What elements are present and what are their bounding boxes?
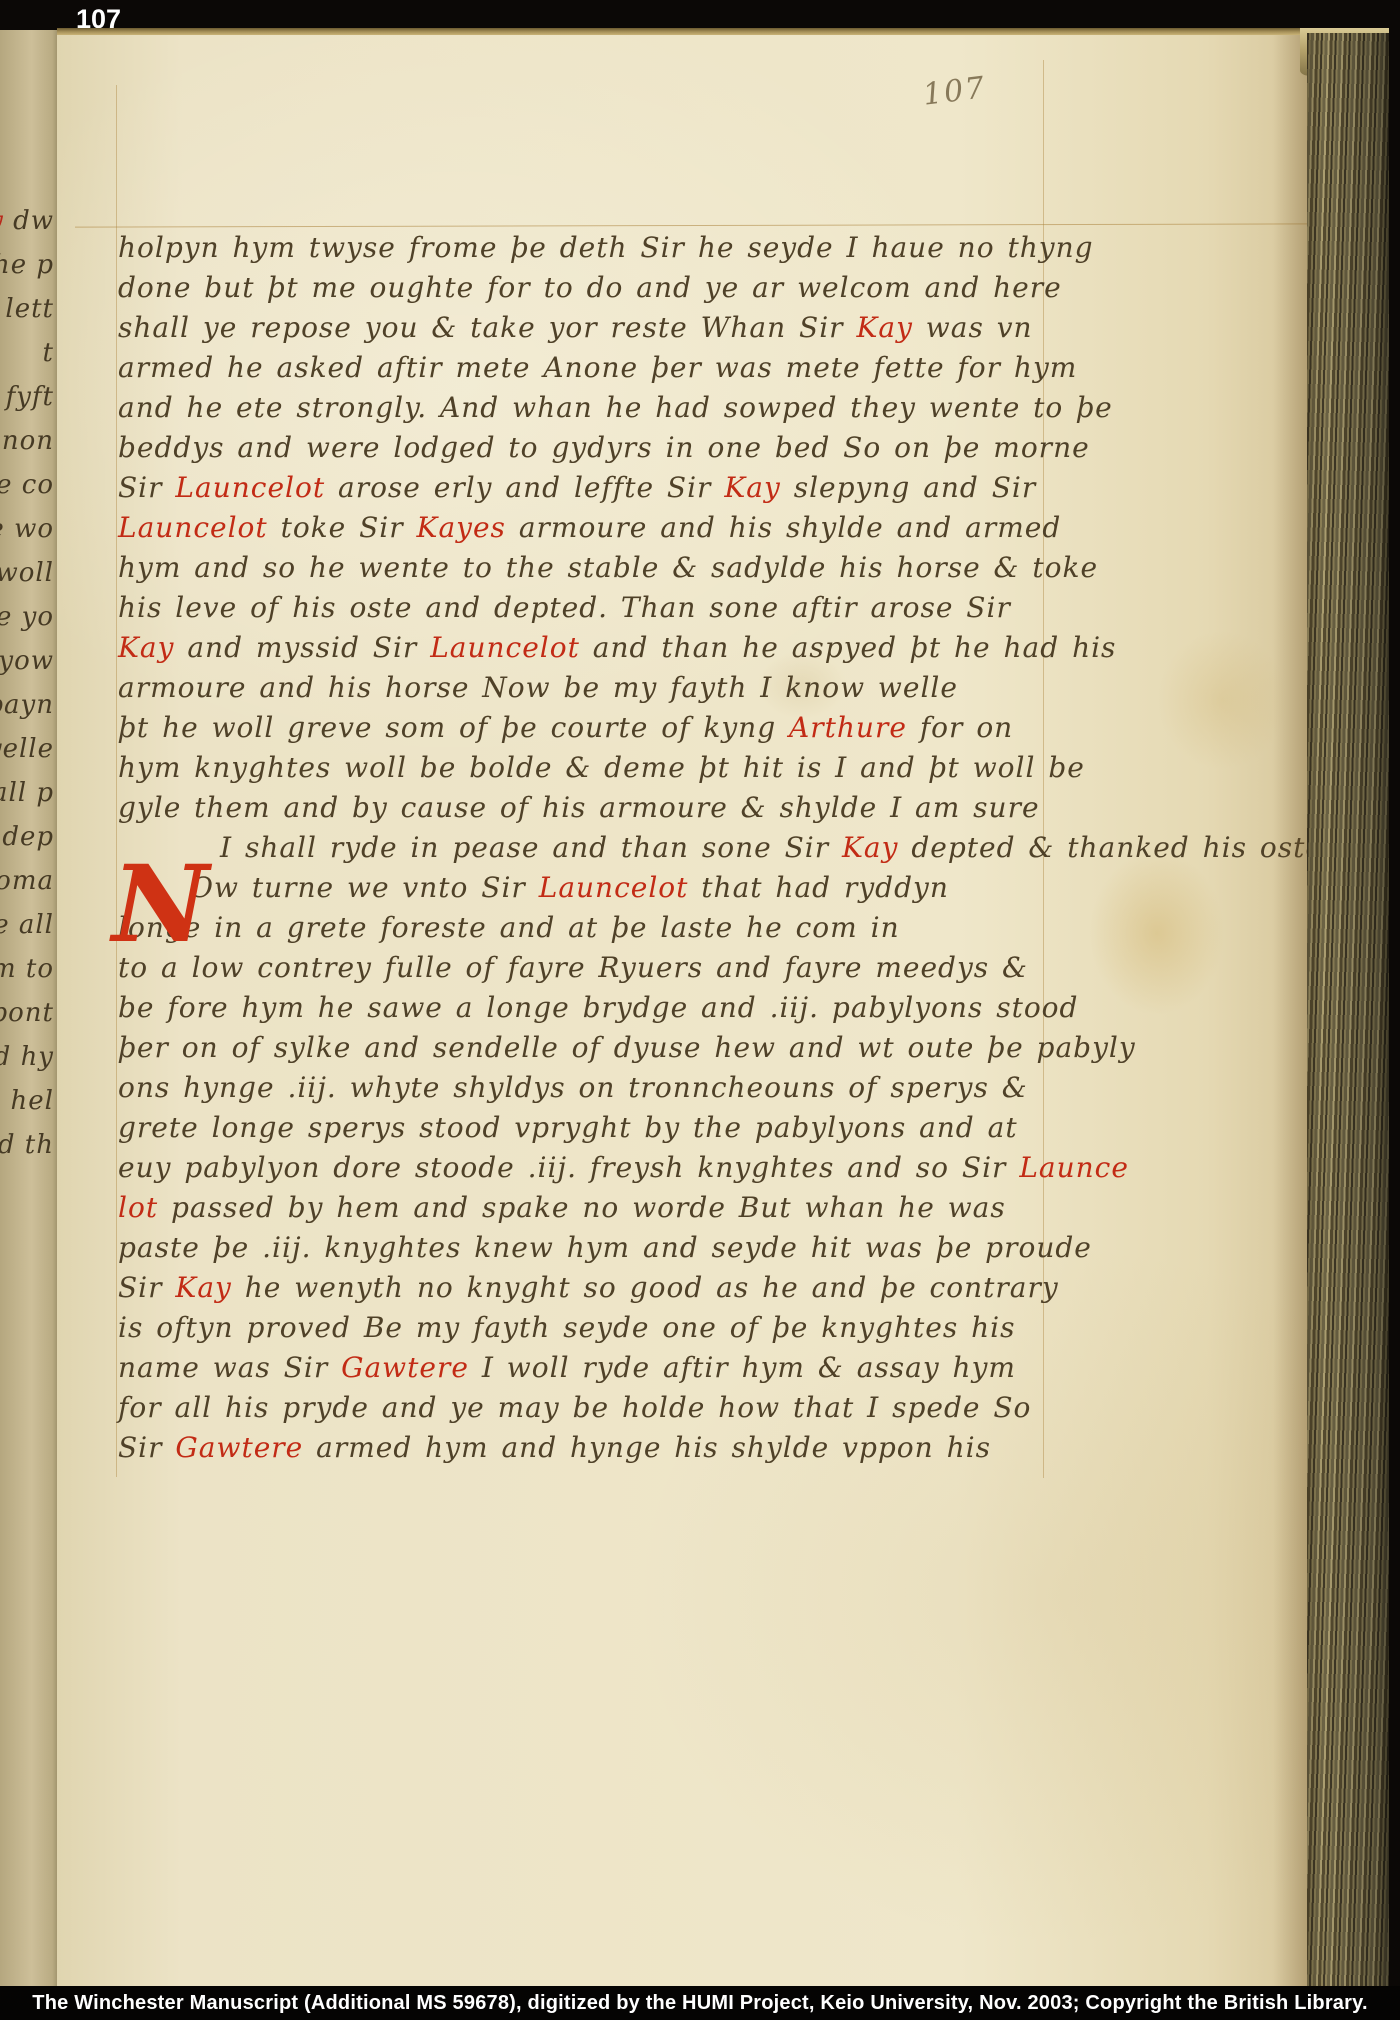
body-text: for all his pryde and ye may be holde ho… <box>118 1391 1031 1424</box>
body-text: arose erly and leffte Sir <box>325 471 724 504</box>
fragment-line: þ knyght fyft <box>0 382 54 412</box>
manuscript-line: Sir Kay he wenyth no knyght so good as h… <box>118 1268 1082 1308</box>
manuscript-line: grete longe sperys stood vpryght by the … <box>118 1108 1082 1148</box>
fragment-line: ey relysed hy <box>0 1042 54 1072</box>
body-text: to a low contrey fulle of fayre Ryuers a… <box>118 951 1028 984</box>
manuscript-line: I shall ryde in pease and than sone Sir … <box>118 828 1082 868</box>
body-text: his leve of his oste and depted. Than so… <box>118 591 1011 624</box>
body-text: armoure and his horse Now be my fayth I … <box>118 671 958 704</box>
manuscript-page: 107 N holpyn hym twyse frome þe deth Sir… <box>57 30 1307 1986</box>
fragment-line: celot and th <box>0 1130 54 1160</box>
ruling-line-left <box>116 85 117 1477</box>
body-text: and myssid Sir <box>174 631 430 664</box>
manuscript-line: armoure and his horse Now be my fayth I … <box>118 668 1082 708</box>
body-text: he wenyth no knyght so good as he and þe… <box>232 1271 1059 1304</box>
rubric-text: Gawtere <box>175 1431 303 1464</box>
fragment-line: e fayth of oma <box>0 866 54 896</box>
manuscript-line: Ow turne we vnto Sir Launcelot that had … <box>118 868 1082 908</box>
body-text: was vn <box>913 311 1033 344</box>
body-text: I shall ryde in pease and than sone Sir <box>220 831 842 864</box>
body-text: slepyng and Sir <box>781 471 1036 504</box>
manuscript-line: Sir Gawtere armed hym and hynge his shyl… <box>118 1428 1082 1468</box>
page-edge-wear <box>1273 30 1307 1986</box>
body-text: that I woll <box>0 558 54 588</box>
manuscript-line: longe in a grete foreste and at þe laste… <box>118 908 1082 948</box>
body-text: is oftyn proved Be my fayth seyde one of… <box>118 1311 1015 1344</box>
body-text: that had ryddyn <box>688 871 948 904</box>
body-text: t <box>43 338 54 368</box>
body-text: and than he aspyed þt he had his <box>580 631 1117 664</box>
folio-number: 107 <box>921 70 988 112</box>
fragment-line: dore for to hel <box>0 1086 54 1116</box>
manuscript-line: his leve of his oste and depted. Than so… <box>118 588 1082 628</box>
body-text: holpyn hym twyse frome þe deth Sir he se… <box>118 231 1094 264</box>
fragment-line: hem to the co <box>0 470 54 500</box>
facing-page-strip: en Sir Kay dwhe seyde he pe my helpe let… <box>0 30 57 1986</box>
manuscript-line: beddys and were lodged to gydyrs in one … <box>118 428 1082 468</box>
body-text: at me I shall p <box>0 778 54 808</box>
fragment-line: t <box>43 338 54 368</box>
body-text: depted & thanked his oste <box>898 831 1322 864</box>
body-text: hem to the co <box>0 470 54 500</box>
body-text: euy pabylyon dore stoode .iij. freysh kn… <box>118 1151 1019 1184</box>
body-text: wolt yelde yo <box>0 602 54 632</box>
caption-text: The Winchester Manuscript (Additional MS… <box>32 1992 1367 2015</box>
body-text: grete longe sperys stood vpryght by the … <box>118 1111 1018 1144</box>
body-text: gyle them and by cause of his armoure & … <box>118 791 1040 824</box>
body-text: name was Sir <box>118 1351 341 1384</box>
fragment-line: ey swore all <box>0 910 54 940</box>
fragment-line: e my helpe lett <box>0 294 54 324</box>
manuscript-line: Sir Launcelot arose erly and leffte Sir … <box>118 468 1082 508</box>
body-text: toke Sir <box>268 511 417 544</box>
body-text: longe in a grete foreste and at þe laste… <box>118 911 900 944</box>
body-text: Sir <box>118 1431 175 1464</box>
rubric-text: Launcelot <box>118 511 268 544</box>
fragment-line: Than anon <box>0 426 54 456</box>
fragment-line: I shall se yelle <box>0 734 54 764</box>
body-text: for on <box>907 711 1013 744</box>
rubric-text: Kay <box>842 831 898 864</box>
manuscript-line: and he ete strongly. And whan he had sow… <box>118 388 1082 428</box>
page-top-edge <box>57 28 1389 35</box>
manuscript-line: to a low contrey fulle of fayre Ryuers a… <box>118 948 1082 988</box>
fragment-line: woll saue yow <box>0 646 54 676</box>
body-text: e yelde wo <box>0 514 54 544</box>
manuscript-line: lot passed by hem and spake no worde But… <box>118 1188 1082 1228</box>
body-text: hym and so he wente to the stable & sady… <box>118 551 1098 584</box>
manuscript-line: for all his pryde and ye may be holde ho… <box>118 1388 1082 1428</box>
body-text: ons hynge .iij. whyte shyldys on tronnch… <box>118 1071 1028 1104</box>
rubric-text: Launcelot <box>430 631 580 664</box>
body-text: ey swore all <box>0 910 54 940</box>
body-text: þt he woll greve som of þe courte of kyn… <box>118 711 789 744</box>
manuscript-line: paste þe .iij. knyghtes knew hym and sey… <box>118 1228 1082 1268</box>
manuscript-line: euy pabylyon dore stoode .iij. freysh kn… <box>118 1148 1082 1188</box>
fragment-line: e yelde wo <box>0 514 54 544</box>
body-text: beddys and were lodged to gydyrs in one … <box>118 431 1090 464</box>
body-text: þer on of sylke and sendelle of dyuse he… <box>118 1031 1136 1064</box>
manuscript-line: be fore hym he sawe a longe brydge and .… <box>118 988 1082 1028</box>
manuscript-line: gyle them and by cause of his armoure & … <box>118 788 1082 828</box>
body-text: e had compayn <box>0 690 54 720</box>
stain <box>1087 848 1227 1018</box>
rubric-text: Launcelot <box>175 471 325 504</box>
drop-cap-initial: N <box>112 856 209 952</box>
body-text: hym knyghtes woll be bolde & deme þt hit… <box>118 751 1085 784</box>
rubric-text: Arthure <box>789 711 907 744</box>
rubric-text: Kay <box>856 311 912 344</box>
fragment-line: he seyde he p <box>0 250 54 280</box>
body-text: I sped hem to <box>0 954 54 984</box>
body-text: e fayth of oma <box>0 866 54 896</box>
fragment-line: I sped hem to <box>0 954 54 984</box>
fragment-line: en Sir Kay dw <box>0 206 54 236</box>
text-block: N holpyn hym twyse frome þe deth Sir he … <box>118 228 1082 1468</box>
fragment-line: at me I shall p <box>0 778 54 808</box>
body-text: dore for to hel <box>0 1086 54 1116</box>
fragment-line: that I woll <box>0 558 54 588</box>
body-text: done but þt me oughte for to do and ye a… <box>118 271 1062 304</box>
body-text: dw <box>4 206 54 236</box>
body-text: passed by hem and spake no worde But wha… <box>158 1191 1006 1224</box>
manuscript-line: holpyn hym twyse frome þe deth Sir he se… <box>118 228 1082 268</box>
manuscript-line: þt he woll greve som of þe courte of kyn… <box>118 708 1082 748</box>
body-text: armed he asked aftir mete Anone þer was … <box>118 351 1077 384</box>
rubric-text: Kay <box>724 471 780 504</box>
manuscript-line: þer on of sylke and sendelle of dyuse he… <box>118 1028 1082 1068</box>
body-text: he seyde he p <box>0 250 54 280</box>
body-text: gate & þe pont <box>0 998 54 1028</box>
rubric-text: Kay <box>175 1271 231 1304</box>
stain <box>1157 630 1287 770</box>
body-text: e my helpe lett <box>0 294 54 324</box>
body-text: Than anon <box>0 426 54 456</box>
fragment-line: wolt yelde yo <box>0 602 54 632</box>
manuscript-line: is oftyn proved Be my fayth seyde one of… <box>118 1308 1082 1348</box>
manuscript-line: Launcelot toke Sir Kayes armoure and his… <box>118 508 1082 548</box>
body-text: Sir <box>118 1271 175 1304</box>
body-text: ey relysed hy <box>0 1042 54 1072</box>
rubric-text: Kayes <box>417 511 506 544</box>
fragment-line: hedis to the dep <box>0 822 54 852</box>
body-text: armoure and his shylde and armed <box>506 511 1061 544</box>
manuscript-line: shall ye repose you & take yor reste Wha… <box>118 308 1082 348</box>
rubric-text: Launcelot <box>539 871 689 904</box>
manuscript-line: ons hynge .iij. whyte shyldys on tronnch… <box>118 1068 1082 1108</box>
body-text: woll saue yow <box>0 646 54 676</box>
ruling-line-top <box>75 223 1313 227</box>
body-text: paste þe .iij. knyghtes knew hym and sey… <box>118 1231 1092 1264</box>
manuscript-line: hym knyghtes woll be bolde & deme þt hit… <box>118 748 1082 788</box>
body-text: shall ye repose you & take yor reste Wha… <box>118 311 856 344</box>
rubric-text: Launce <box>1019 1151 1129 1184</box>
rubric-text: lot <box>118 1191 158 1224</box>
body-text: be fore hym he sawe a longe brydge and .… <box>118 991 1078 1024</box>
body-text: I shall se yelle <box>0 734 54 764</box>
body-text: I woll ryde aftir hym & assay hym <box>469 1351 1016 1384</box>
manuscript-line: hym and so he wente to the stable & sady… <box>118 548 1082 588</box>
body-text: armed hym and hynge his shylde vppon his <box>303 1431 991 1464</box>
rubric-text: Kay <box>118 631 174 664</box>
body-text: þ knyght fyft <box>0 382 54 412</box>
body-text: and he ete strongly. And whan he had sow… <box>118 391 1113 424</box>
viewer-frame: 107 en Sir Kay dwhe seyde he pe my helpe… <box>0 0 1400 2020</box>
fragment-line: e had compayn <box>0 690 54 720</box>
rubric-text: Gawtere <box>341 1351 469 1384</box>
body-text: and th <box>0 1130 54 1160</box>
manuscript-line: Kay and myssid Sir Launcelot and than he… <box>118 628 1082 668</box>
body-text: Ow turne we vnto Sir <box>190 871 539 904</box>
fragment-line: gate & þe pont <box>0 998 54 1028</box>
caption-bar: The Winchester Manuscript (Additional MS… <box>0 1986 1400 2020</box>
body-text: Sir <box>118 471 175 504</box>
manuscript-line: done but þt me oughte for to do and ye a… <box>118 268 1082 308</box>
fore-edge <box>1307 33 1389 1986</box>
manuscript-line: name was Sir Gawtere I woll ryde aftir h… <box>118 1348 1082 1388</box>
manuscript-line: armed he asked aftir mete Anone þer was … <box>118 348 1082 388</box>
body-text: hedis to the dep <box>0 822 54 852</box>
